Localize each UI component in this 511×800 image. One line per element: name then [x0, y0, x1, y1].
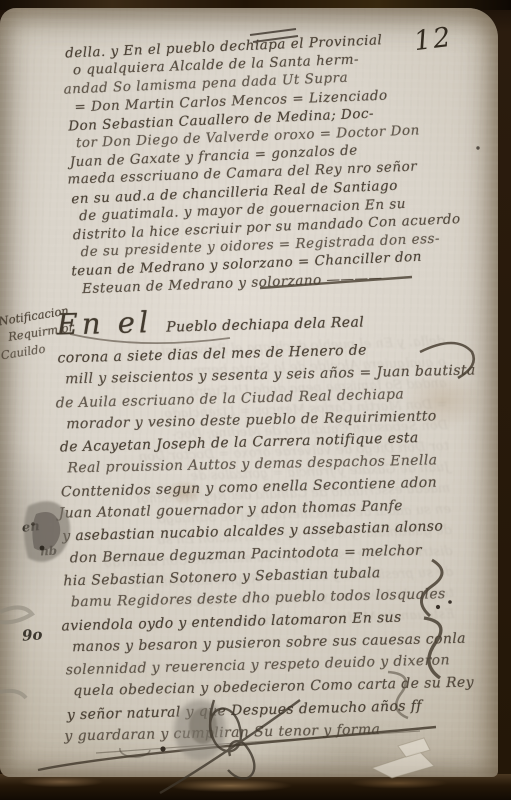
book-fore-edge	[496, 0, 511, 800]
paragraph-2-lines: corona a siete dias del mes de Henero de…	[57, 337, 481, 749]
manuscript-photo: della. y En el pueblo dechiapa el Provin…	[0, 0, 511, 800]
opening-line-text: Pueblo dechiapa dela Real	[166, 314, 364, 335]
manuscript-page: della. y En el pueblo dechiapa el Provin…	[0, 8, 498, 777]
paragraph-2: En elPueblo dechiapa dela Real corona a …	[56, 303, 481, 749]
paragraph-1: della. y En el pueblo dechiapa el Provin…	[65, 28, 477, 299]
margin-scribble: nb	[40, 544, 58, 559]
margin-scribble: 9o	[21, 625, 43, 644]
margin-annotation: NotificacionRequirm.orCauildo	[0, 303, 71, 364]
margin-scribble: en	[21, 519, 40, 536]
book-bottom-edge	[0, 774, 511, 800]
